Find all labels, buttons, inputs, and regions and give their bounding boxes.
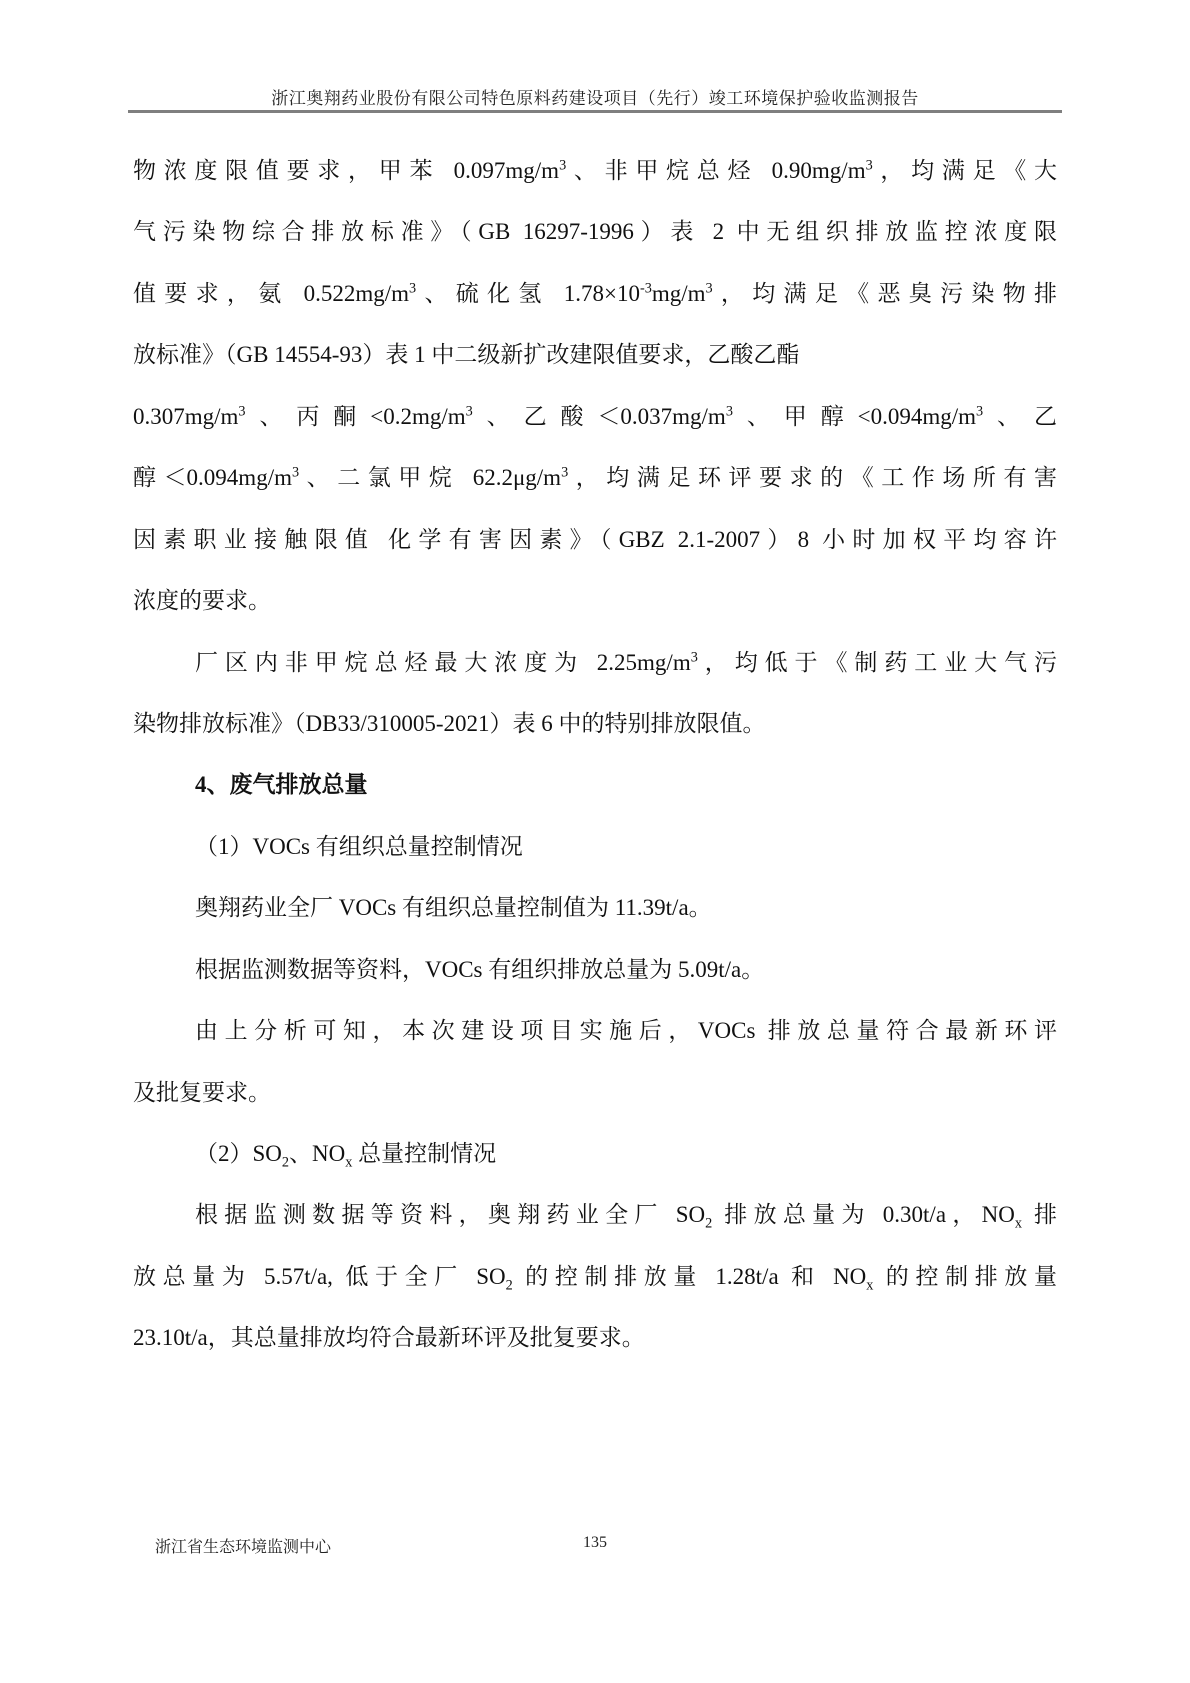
paragraph: 物浓度限值要求，甲苯 0.097mg/m3、非甲烷总烃 0.90mg/m3，均满… xyxy=(133,140,1057,632)
text-line: 4、废气排放总量 xyxy=(133,754,1057,815)
text-line: 0.307mg/m3、丙酮<0.2mg/m3、乙酸＜0.037mg/m3、甲醇<… xyxy=(133,386,1057,447)
page-header-title: 浙江奥翔药业股份有限公司特色原料药建设项目（先行）竣工环境保护验收监测报告 xyxy=(128,84,1062,109)
text-run: 根据监测数据等资料，VOCs 有组织排放总量为 5.09t/a。 xyxy=(195,957,764,982)
superscript-run: 3 xyxy=(466,403,473,419)
text-line: 因素职业接触限值 化学有害因素》（GBZ 2.1-2007）8 小时加权平均容许 xyxy=(133,509,1057,570)
text-run: 及批复要求。 xyxy=(133,1080,271,1105)
subscript-run: x xyxy=(1015,1216,1022,1232)
paragraph: 奥翔药业全厂 VOCs 有组织总量控制值为 11.39t/a。 xyxy=(133,877,1057,938)
text-run: 浓度的要求。 xyxy=(133,588,271,613)
paragraph: （1）VOCs 有组织总量控制情况 xyxy=(133,816,1057,877)
text-run: 、硫化氢 1.78×10 xyxy=(416,281,640,306)
text-line: 23.10t/a，其总量排放均符合最新环评及批复要求。 xyxy=(133,1307,1057,1368)
paragraph: （2）SO2、NOx 总量控制情况 xyxy=(133,1123,1057,1184)
text-run: 23.10t/a，其总量排放均符合最新环评及批复要求。 xyxy=(133,1325,645,1350)
text-run: ，均低于《制药工业大气污 xyxy=(698,650,1057,675)
text-run: 4、废气排放总量 xyxy=(195,772,368,797)
text-line: 物浓度限值要求，甲苯 0.097mg/m3、非甲烷总烃 0.90mg/m3，均满… xyxy=(133,140,1057,201)
text-line: 染物排放标准》（DB33/310005-2021）表 6 中的特别排放限值。 xyxy=(133,693,1057,754)
text-line: 放标准》（GB 14554-93）表 1 中二级新扩改建限值要求，乙酸乙酯 xyxy=(133,324,1057,385)
paragraph: 根据监测数据等资料，奥翔药业全厂 SO2 排放总量为 0.30t/a，NOx 排… xyxy=(133,1184,1057,1368)
text-line: 气污染物综合排放标准》（GB 16297-1996）表 2 中无组织排放监控浓度… xyxy=(133,201,1057,262)
text-run: 值要求，氨 0.522mg/m xyxy=(133,281,409,306)
text-run: 染物排放标准》（DB33/310005-2021）表 6 中的特别排放限值。 xyxy=(133,711,766,736)
subscript-run: 2 xyxy=(282,1155,289,1171)
text-run: 、二氯甲烷 62.2μg/m xyxy=(299,465,561,490)
text-run: 厂区内非甲烷总烃最大浓度为 2.25mg/m xyxy=(195,650,691,675)
text-run: 、甲醇<0.094mg/m xyxy=(733,404,976,429)
text-run: 放标准》（GB 14554-93）表 1 中二级新扩改建限值要求，乙酸乙酯 xyxy=(133,342,799,367)
text-run: ，均满足环评要求的《工作场所有害 xyxy=(568,465,1057,490)
text-run: 、乙 xyxy=(983,404,1057,429)
paragraph: 由上分析可知，本次建设项目实施后，VOCs 排放总量符合最新环评及批复要求。 xyxy=(133,1000,1057,1123)
text-run: ，均满足《恶臭污染物排 xyxy=(713,281,1057,306)
text-line: （2）SO2、NOx 总量控制情况 xyxy=(133,1123,1057,1184)
text-run: 0.307mg/m xyxy=(133,404,238,429)
text-run: 气污染物综合排放标准》（GB 16297-1996）表 2 中无组织排放监控浓度… xyxy=(133,219,1057,244)
header-rule xyxy=(128,110,1062,113)
document-body: 物浓度限值要求，甲苯 0.097mg/m3、非甲烷总烃 0.90mg/m3，均满… xyxy=(133,140,1057,1369)
paragraph: 厂区内非甲烷总烃最大浓度为 2.25mg/m3，均低于《制药工业大气污染物排放标… xyxy=(133,632,1057,755)
superscript-run: 3 xyxy=(691,649,698,665)
text-line: 厂区内非甲烷总烃最大浓度为 2.25mg/m3，均低于《制药工业大气污 xyxy=(133,632,1057,693)
text-line: （1）VOCs 有组织总量控制情况 xyxy=(133,816,1057,877)
text-run: 排放总量为 0.30t/a，NO xyxy=(712,1202,1015,1227)
text-run: 物浓度限值要求，甲苯 0.097mg/m xyxy=(133,158,559,183)
superscript-run: -3 xyxy=(640,280,652,296)
superscript-run: 3 xyxy=(866,157,873,173)
text-run: 因素职业接触限值 化学有害因素》（GBZ 2.1-2007）8 小时加权平均容许 xyxy=(133,527,1057,552)
paragraph: 根据监测数据等资料，VOCs 有组织排放总量为 5.09t/a。 xyxy=(133,939,1057,1000)
section-heading: 4、废气排放总量 xyxy=(133,754,1057,815)
text-run: 排 xyxy=(1022,1202,1057,1227)
text-line: 及批复要求。 xyxy=(133,1062,1057,1123)
text-run: mg/m xyxy=(652,281,706,306)
superscript-run: 3 xyxy=(706,280,713,296)
text-line: 放总量为 5.57t/a, 低于全厂 SO2 的控制排放量 1.28t/a 和 … xyxy=(133,1246,1057,1307)
footer-page-number: 135 xyxy=(0,1534,1190,1552)
text-line: 醇＜0.094mg/m3、二氯甲烷 62.2μg/m3，均满足环评要求的《工作场… xyxy=(133,447,1057,508)
text-run: 奥翔药业全厂 VOCs 有组织总量控制值为 11.39t/a。 xyxy=(195,895,712,920)
text-run: （2）SO xyxy=(195,1141,282,1166)
superscript-run: 3 xyxy=(238,403,245,419)
text-line: 根据监测数据等资料，奥翔药业全厂 SO2 排放总量为 0.30t/a，NOx 排 xyxy=(133,1184,1057,1245)
text-run: 由上分析可知，本次建设项目实施后，VOCs 排放总量符合最新环评 xyxy=(195,1018,1057,1043)
text-run: 、乙酸＜0.037mg/m xyxy=(473,404,726,429)
text-line: 根据监测数据等资料，VOCs 有组织排放总量为 5.09t/a。 xyxy=(133,939,1057,1000)
text-run: （1）VOCs 有组织总量控制情况 xyxy=(195,834,523,859)
text-run: 的控制排放量 1.28t/a 和 NO xyxy=(513,1264,867,1289)
text-run: 、非甲烷总烃 0.90mg/m xyxy=(566,158,865,183)
superscript-run: 3 xyxy=(726,403,733,419)
text-line: 浓度的要求。 xyxy=(133,570,1057,631)
subscript-run: 2 xyxy=(506,1277,513,1293)
text-line: 值要求，氨 0.522mg/m3、硫化氢 1.78×10-3mg/m3，均满足《… xyxy=(133,263,1057,324)
page-footer: 浙江省生态环境监测中心 135 xyxy=(0,1534,1190,1564)
text-run: ，均满足《大 xyxy=(873,158,1057,183)
text-run: 放总量为 5.57t/a, 低于全厂 SO xyxy=(133,1264,506,1289)
text-run: 总量控制情况 xyxy=(352,1141,496,1166)
text-line: 由上分析可知，本次建设项目实施后，VOCs 排放总量符合最新环评 xyxy=(133,1000,1057,1061)
text-run: 醇＜0.094mg/m xyxy=(133,465,292,490)
text-run: 、丙酮<0.2mg/m xyxy=(246,404,466,429)
text-run: 的控制排放量 xyxy=(873,1264,1057,1289)
text-run: 根据监测数据等资料，奥翔药业全厂 SO xyxy=(195,1202,705,1227)
text-run: 、NO xyxy=(289,1141,345,1166)
text-line: 奥翔药业全厂 VOCs 有组织总量控制值为 11.39t/a。 xyxy=(133,877,1057,938)
